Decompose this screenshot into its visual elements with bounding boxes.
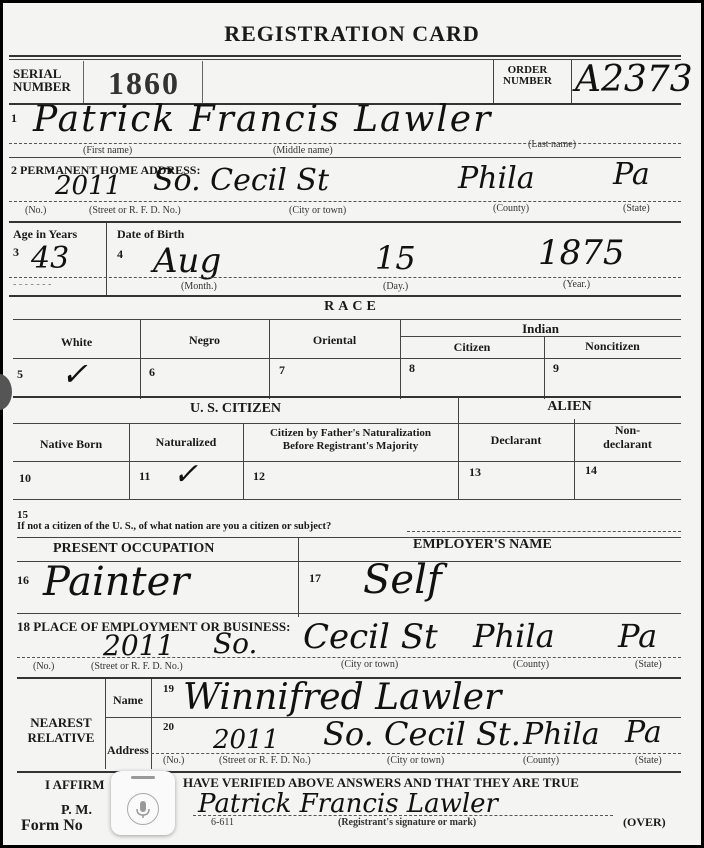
field-number: 12 xyxy=(253,469,265,484)
state-label: (State) xyxy=(635,659,662,670)
field-number: 13 xyxy=(469,465,481,480)
first-name-label: (First name) xyxy=(83,145,132,156)
home-address-number: 2011 xyxy=(55,171,121,201)
county-label: (County) xyxy=(523,755,559,766)
employment-county: Phila xyxy=(473,617,555,655)
serial-number-value: 1860 xyxy=(108,65,180,102)
order-number-label: ORDERNUMBER xyxy=(503,65,552,87)
race-white-check: ✓ xyxy=(61,355,88,393)
naturalized-label: Naturalized xyxy=(129,435,243,450)
order-number-value: A2373 xyxy=(575,59,693,100)
occupation-value: Painter xyxy=(43,559,189,605)
drag-handle[interactable] xyxy=(131,776,155,779)
naturalized-check: ✓ xyxy=(173,457,198,492)
relative-address-state: Pa xyxy=(625,715,662,750)
day-label: (Day.) xyxy=(383,281,408,292)
field-number: 19 xyxy=(163,683,174,695)
declarant-label: Declarant xyxy=(458,433,574,448)
citizen-by-father-label: Citizen by Father's NaturalizationBefore… xyxy=(243,427,458,453)
field-number: 6 xyxy=(149,365,155,380)
field-number: 4 xyxy=(117,247,123,262)
age-label: Age in Years xyxy=(13,227,77,242)
age-value: 43 xyxy=(31,241,69,276)
home-address-city: Phila xyxy=(458,161,535,196)
field-number: 11 xyxy=(139,469,150,484)
indian-header: Indian xyxy=(400,321,681,337)
employment-state: Pa xyxy=(618,617,657,655)
home-address-state: Pa xyxy=(613,157,650,192)
employer-header: EMPLOYER'S NAME xyxy=(413,537,552,553)
race-white-label: White xyxy=(13,335,140,350)
month-label: (Month.) xyxy=(181,281,217,292)
over-label: (OVER) xyxy=(623,815,666,830)
relative-name-label: Name xyxy=(113,693,143,708)
employment-city: Cecil St xyxy=(303,617,438,657)
last-name-label: (Last name) xyxy=(528,139,576,150)
field-number: 5 xyxy=(17,367,23,382)
card-title: REGISTRATION CARD xyxy=(3,21,701,47)
field-number: 15 xyxy=(17,509,28,521)
field-number: 10 xyxy=(19,471,31,486)
field-number: 8 xyxy=(409,361,415,376)
microphone-button[interactable] xyxy=(127,793,159,825)
home-address-street: So. Cecil St xyxy=(153,163,329,198)
affirmation-text-left: I AFFIRM xyxy=(45,777,105,793)
race-negro-label: Negro xyxy=(140,333,269,348)
race-oriental-label: Oriental xyxy=(269,333,400,348)
non-declarant-label: Non-declarant xyxy=(574,423,681,451)
dob-month: Aug xyxy=(153,241,221,281)
street-label: (Street or R. F. D. No.) xyxy=(91,661,183,672)
nation-question: If not a citizen of the U. S., of what n… xyxy=(17,521,331,532)
year-label: (Year.) xyxy=(563,279,590,290)
field-number: 3 xyxy=(13,245,19,260)
registration-card: REGISTRATION CARD SERIALNUMBER 1860 ORDE… xyxy=(3,3,701,845)
field-number: 14 xyxy=(585,463,597,478)
field-number: 16 xyxy=(17,573,29,588)
dob-label: Date of Birth xyxy=(117,227,184,242)
no-label: (No.) xyxy=(163,755,184,766)
city-label: (City or town) xyxy=(341,659,398,670)
no-label: (No.) xyxy=(33,661,54,672)
form-number-label: Form No xyxy=(21,817,83,835)
city-label: (City or town) xyxy=(289,205,346,216)
street-label: (Street or R. F. D. No.) xyxy=(89,205,181,216)
alien-header: ALIEN xyxy=(458,399,681,415)
relative-address-label: Address xyxy=(107,743,149,758)
no-label: (No.) xyxy=(25,205,46,216)
registrant-name: Patrick Francis Lawler xyxy=(33,99,492,140)
field-number: 17 xyxy=(309,571,321,586)
dob-year: 1875 xyxy=(538,233,625,273)
relative-address-county: Phila xyxy=(523,717,600,752)
state-label: (State) xyxy=(623,203,650,214)
relative-name-value: Winnifred Lawler xyxy=(183,677,501,718)
middle-name-label: (Middle name) xyxy=(273,145,333,156)
field-number: 9 xyxy=(553,361,559,376)
voice-input-popup[interactable] xyxy=(111,771,175,835)
state-label: (State) xyxy=(635,755,662,766)
employment-street: So. xyxy=(213,627,257,660)
county-label: (County) xyxy=(493,203,529,214)
race-indian-citizen-label: Citizen xyxy=(400,340,544,355)
us-citizen-header: U. S. CITIZEN xyxy=(13,401,458,417)
field-number: 1 xyxy=(11,111,17,126)
microphone-icon xyxy=(128,794,158,824)
city-label: (City or town) xyxy=(387,755,444,766)
field-number: 7 xyxy=(279,363,285,378)
signature-label: (Registrant's signature or mark) xyxy=(338,817,476,828)
dob-day: 15 xyxy=(375,239,416,277)
county-label: (County) xyxy=(513,659,549,670)
serial-number-label: SERIALNUMBER xyxy=(13,67,71,93)
race-header: RACE xyxy=(3,299,701,315)
race-indian-noncitizen-label: Noncitizen xyxy=(544,339,681,354)
form-reference: 6-611 xyxy=(211,817,234,828)
relative-address-street: So. Cecil St. xyxy=(323,715,521,753)
street-label: (Street or R. F. D. No.) xyxy=(219,755,311,766)
field-number: 20 xyxy=(163,721,174,733)
native-born-label: Native Born xyxy=(13,437,129,452)
employer-value: Self xyxy=(363,557,442,603)
occupation-header: PRESENT OCCUPATION xyxy=(53,541,214,557)
nearest-relative-label: NEARESTRELATIVE xyxy=(17,715,105,745)
relative-address-number: 2011 xyxy=(213,725,279,755)
